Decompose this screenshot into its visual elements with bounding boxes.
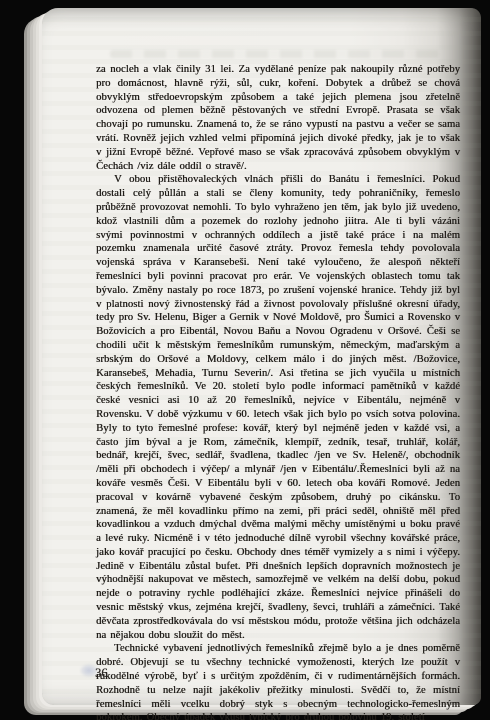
- book-scan: za nocleh a vlak činily 31 lei. Za vyděl…: [0, 0, 490, 720]
- page-number: 36: [95, 666, 108, 681]
- paragraph-technical-equipment: Technické vybavení jednotlivých řemeslní…: [96, 642, 460, 720]
- bleed-through-ghost: [110, 50, 440, 58]
- paragraph-craftsmen: V obou přistěhovaleckých vlnách přišli d…: [96, 173, 460, 642]
- paragraph-continuation: za nocleh a vlak činily 31 lei. Za vyděl…: [96, 63, 460, 173]
- text-column: za nocleh a vlak činily 31 lei. Za vyděl…: [96, 63, 460, 720]
